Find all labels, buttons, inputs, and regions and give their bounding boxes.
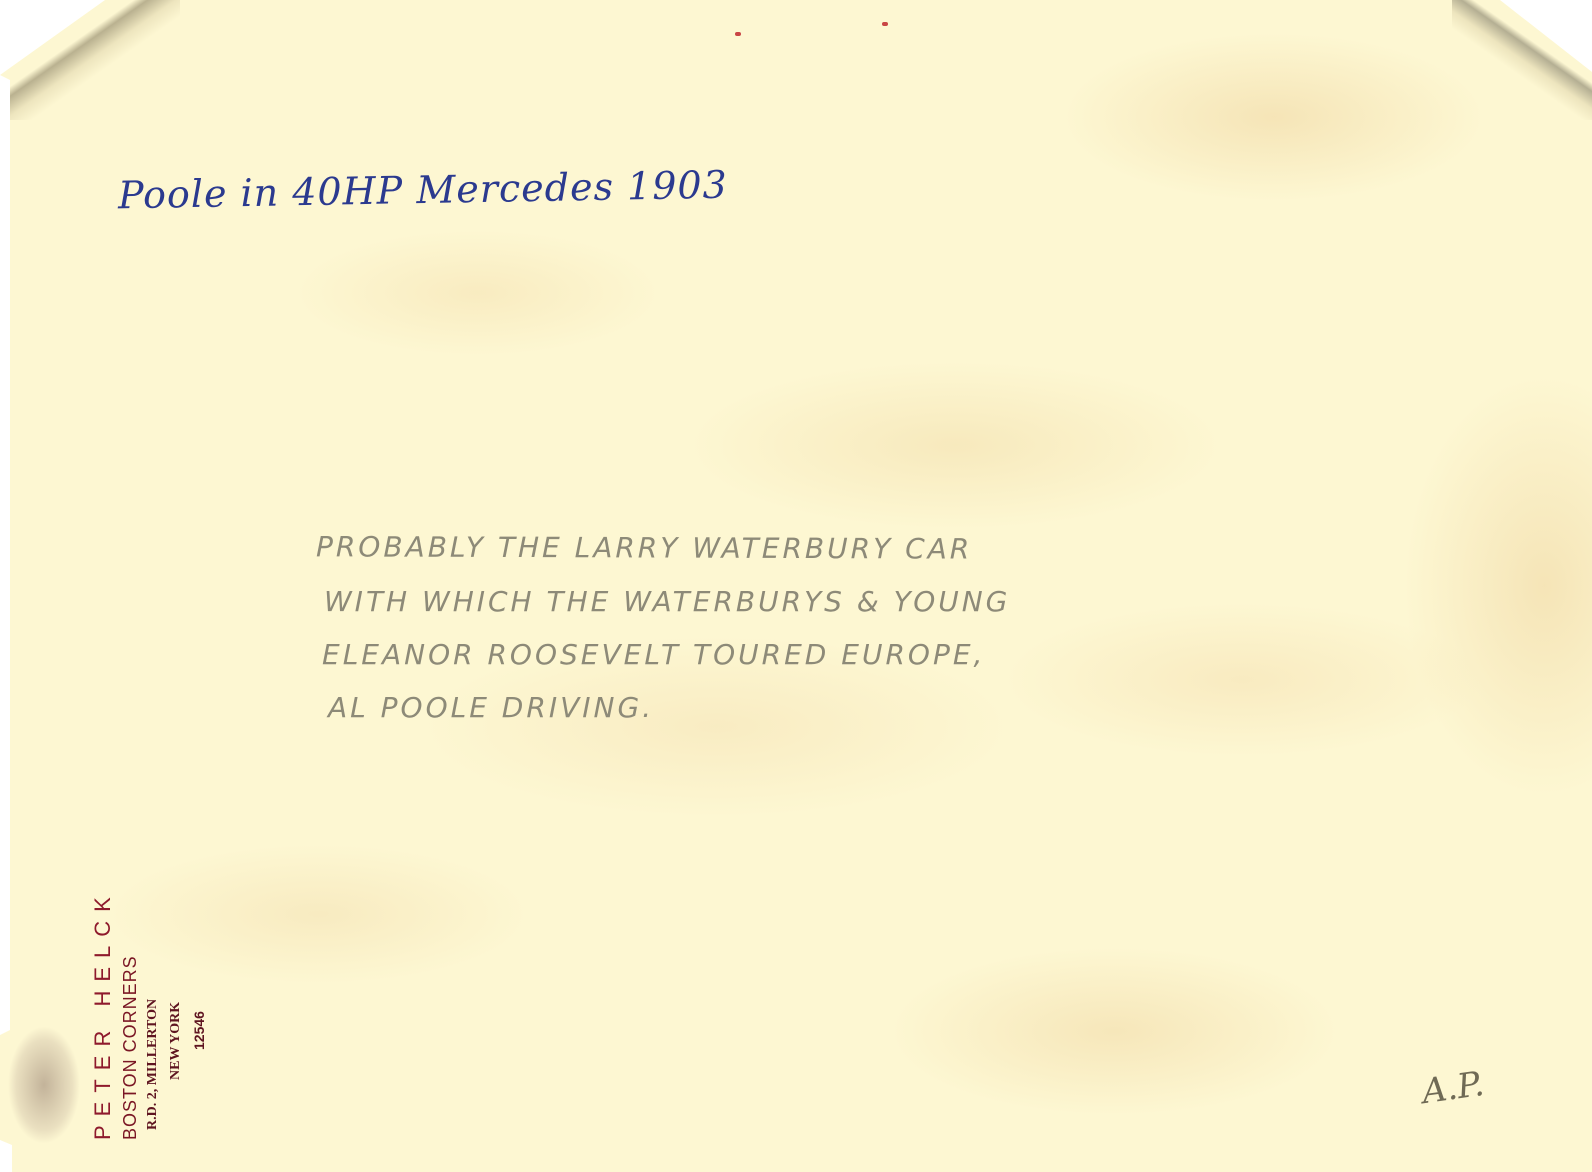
red-speck <box>735 32 741 36</box>
stamp-name: PETER HELCK <box>88 888 118 1140</box>
stain-bottom-left <box>8 1020 88 1150</box>
stamp-state: NEW YORK <box>164 888 188 1140</box>
handwritten-initials: A.P. <box>1420 1064 1487 1112</box>
photo-back-sheet: Poole in 40HP Mercedes 1903 PROBABLY THE… <box>0 0 1592 1172</box>
pencil-note-line: PROBABLY THE LARRY WATERBURY CAR <box>316 520 1266 576</box>
pencil-note-line: AL POOLE DRIVING. <box>328 681 1278 734</box>
pencil-note: PROBABLY THE LARRY WATERBURY CAR WITH WH… <box>316 522 1266 734</box>
red-speck <box>882 22 888 26</box>
worn-corner-top-left <box>0 0 180 120</box>
stamp-town: BOSTON CORNERS <box>118 888 142 1140</box>
pencil-note-line: WITH WHICH THE WATERBURYS & YOUNG <box>324 575 1274 628</box>
worn-corner-top-right <box>1452 0 1592 120</box>
ink-caption: Poole in 40HP Mercedes 1903 <box>118 163 728 218</box>
stamp-route: R.D. 2, MILLERTON <box>142 888 164 1140</box>
owner-stamp: PETER HELCK BOSTON CORNERS R.D. 2, MILLE… <box>88 888 210 1140</box>
stamp-zip: 12546 <box>188 888 210 1140</box>
pencil-note-line: ELEANOR ROOSEVELT TOURED EUROPE, <box>322 628 1272 681</box>
